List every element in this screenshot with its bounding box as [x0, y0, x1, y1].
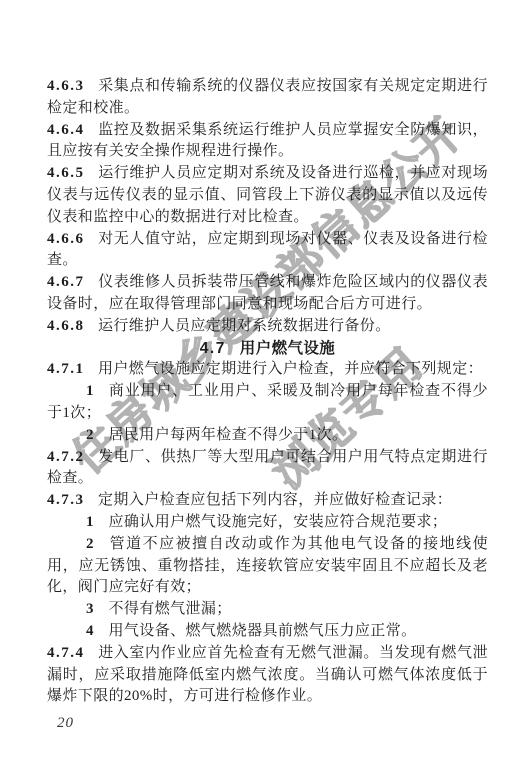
clause-text: 发电厂、供热厂等大型用户可结合用户用气特点定期进行检查。: [47, 449, 488, 487]
subclause-number: 1: [86, 514, 95, 530]
clause-number: 4.6.8: [47, 318, 85, 334]
clause-text: 定期入户检查应包括下列内容，并应做好检查记录：: [98, 492, 452, 508]
subclause-text: 管道不应被擅自改动或作为其他电气设备的接地线使用，应无锈蚀、重物搭挂，连接软管应…: [47, 536, 488, 596]
clause-4-6-4: 4.6.4监控及数据采集系统运行维护人员应掌握安全防爆知识，且应按有关安全操作规…: [47, 120, 488, 164]
clause-4-6-5: 4.6.5运行维护人员应定期对系统及设备进行巡检，并应对现场仪表与远传仪表的显示…: [47, 163, 488, 228]
subclause-text: 居民用户每两年检查不得少于1次。: [109, 427, 348, 443]
clause-text: 运行维护人员应定期对系统及设备进行巡检，并应对现场仪表与远传仪表的显示值、同管段…: [47, 165, 488, 225]
clause-number: 4.6.4: [47, 122, 85, 138]
clause-4-7-1: 4.7.1用户燃气设施应定期进行入户检查，并应符合下列规定：: [47, 359, 488, 381]
subclause-number: 2: [86, 427, 95, 443]
clause-number: 4.7.1: [47, 361, 85, 377]
clause-number: 4.7.4: [47, 645, 85, 661]
subclause-text: 应确认用户燃气设施完好，安装应符合规范要求；: [109, 514, 448, 530]
clause-number: 4.6.6: [47, 231, 85, 247]
clause-number: 4.6.3: [47, 78, 85, 94]
subclause-4-7-1-2: 2居民用户每两年检查不得少于1次。: [47, 425, 488, 447]
clause-text: 运行维护人员应定期对系统数据进行备份。: [98, 318, 391, 334]
subclause-4-7-3-1: 1应确认用户燃气设施完好，安装应符合规范要求；: [47, 512, 488, 534]
clause-text: 对无人值守站，应定期到现场对仪器、仪表及设备进行检查。: [47, 231, 488, 269]
subclause-4-7-3-4: 4用气设备、燃气燃烧器具前燃气压力应正常。: [47, 621, 488, 643]
subclause-text: 用气设备、燃气燃烧器具前燃气压力应正常。: [109, 623, 417, 639]
document-page: 住房城乡建设部信息公开 浏览专用 4.6.3采集点和传输系统的仪器仪表应按国家有…: [0, 0, 529, 766]
text-column: 4.6.3采集点和传输系统的仪器仪表应按国家有关规定定期进行检定和校准。 4.6…: [47, 76, 488, 708]
subclause-4-7-3-2: 2管道不应被擅自改动或作为其他电气设备的接地线使用，应无锈蚀、重物搭挂，连接软管…: [47, 534, 488, 599]
clause-number: 4.6.7: [47, 274, 85, 290]
subclause-number: 1: [86, 383, 95, 399]
page-number: 20: [57, 715, 74, 732]
clause-text: 用户燃气设施应定期进行入户检查，并应符合下列规定：: [98, 361, 483, 377]
subclause-number: 3: [86, 601, 95, 617]
section-heading-4-7: 4.7用户燃气设施: [47, 338, 488, 360]
section-heading-number: 4.7: [200, 340, 226, 357]
clause-4-7-3: 4.7.3定期入户检查应包括下列内容，并应做好检查记录：: [47, 490, 488, 512]
clause-text: 监控及数据采集系统运行维护人员应掌握安全防爆知识，且应按有关安全操作规程进行操作…: [47, 122, 488, 160]
subclause-text: 商业用户、工业用户、采暖及制冷用户每年检查不得少于1次；: [47, 383, 488, 421]
subclause-4-7-3-3: 3不得有燃气泄漏；: [47, 599, 488, 621]
subclause-number: 4: [86, 623, 95, 639]
clause-text: 采集点和传输系统的仪器仪表应按国家有关规定定期进行检定和校准。: [47, 78, 488, 116]
clause-4-7-4: 4.7.4进入室内作业应首先检查有无燃气泄漏。当发现有燃气泄漏时，应采取措施降低…: [47, 643, 488, 708]
clause-text: 仪表维修人员拆装带压管线和爆炸危险区域内的仪器仪表设备时，应在取得管理部门同意和…: [47, 274, 488, 312]
clause-4-6-6: 4.6.6对无人值守站，应定期到现场对仪器、仪表及设备进行检查。: [47, 229, 488, 273]
clause-4-7-2: 4.7.2发电厂、供热厂等大型用户可结合用户用气特点定期进行检查。: [47, 447, 488, 491]
section-heading-title: 用户燃气设施: [240, 340, 335, 357]
subclause-number: 2: [86, 536, 95, 552]
subclause-text: 不得有燃气泄漏；: [109, 601, 232, 617]
clause-4-6-8: 4.6.8运行维护人员应定期对系统数据进行备份。: [47, 316, 488, 338]
clause-text: 进入室内作业应首先检查有无燃气泄漏。当发现有燃气泄漏时，应采取措施降低室内燃气浓…: [47, 645, 488, 705]
clause-4-6-3: 4.6.3采集点和传输系统的仪器仪表应按国家有关规定定期进行检定和校准。: [47, 76, 488, 120]
clause-number: 4.7.3: [47, 492, 85, 508]
clause-number: 4.6.5: [47, 165, 85, 181]
clause-4-6-7: 4.6.7仪表维修人员拆装带压管线和爆炸危险区域内的仪器仪表设备时，应在取得管理…: [47, 272, 488, 316]
clause-number: 4.7.2: [47, 449, 85, 465]
subclause-4-7-1-1: 1商业用户、工业用户、采暖及制冷用户每年检查不得少于1次；: [47, 381, 488, 425]
